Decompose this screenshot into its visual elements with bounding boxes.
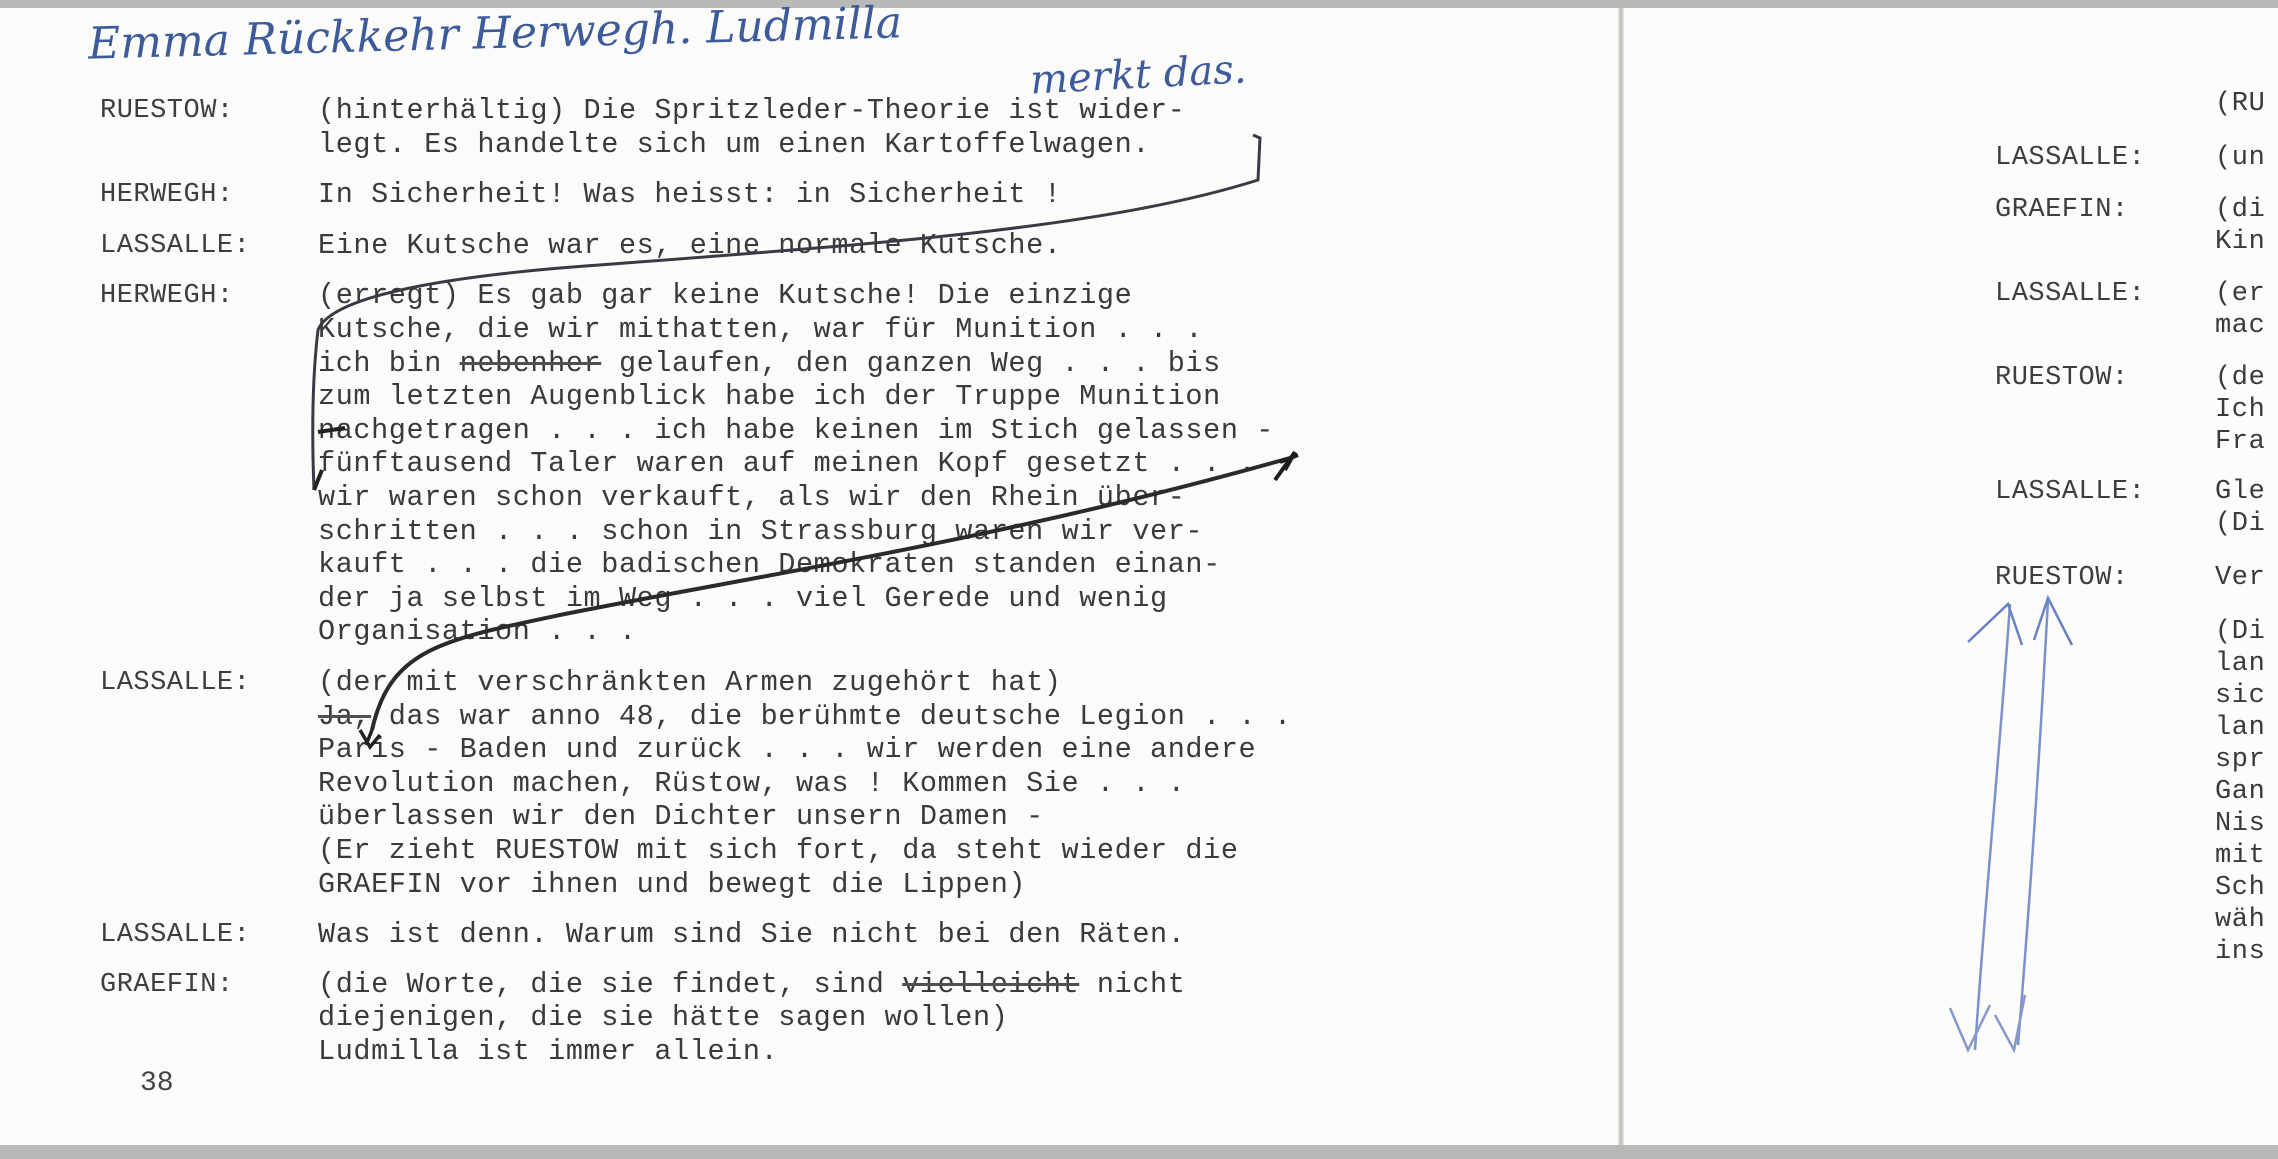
speaker-label: GRAEFIN: (1995, 194, 2129, 226)
speaker-label: LASSALLE: (1995, 476, 2145, 508)
dialogue-line: Paris - Baden und zurück . . . wir werde… (318, 734, 1256, 766)
dialogue-line: (hinterhältig) Die Spritzleder-Theorie i… (318, 95, 1185, 127)
speaker-label: HERWEGH: (100, 179, 234, 211)
dialogue-line: schritten . . . schon in Strassburg ware… (318, 516, 1203, 548)
dialogue-line: Gan (2215, 776, 2265, 808)
speaker-label: GRAEFIN: (100, 969, 234, 1001)
dialogue-line: ins (2215, 936, 2265, 968)
dialogue-line: Organisation . . . (318, 616, 637, 648)
dialogue-line: Ja, das war anno 48, die berühmte deutsc… (318, 701, 1292, 733)
dialogue-line: diejenigen, die sie hätte sagen wollen) (318, 1002, 1008, 1034)
dialogue-line: spr (2215, 744, 2265, 776)
dialogue-line: Was ist denn. Warum sind Sie nicht bei d… (318, 919, 1185, 951)
dialogue-line: (er (2215, 278, 2265, 310)
dialogue-line: Kin (2215, 226, 2265, 258)
dialogue-line: GRAEFIN vor ihnen und bewegt die Lippen) (318, 869, 1026, 901)
dialogue-line: Revolution machen, Rüstow, was ! Kommen … (318, 768, 1185, 800)
speaker-label: LASSALLE: (1995, 142, 2145, 174)
dialogue-line: In Sicherheit! Was heisst: in Sicherheit… (318, 179, 1062, 211)
speaker-label: RUESTOW: (100, 95, 234, 127)
dialogue-line: (die Worte, die sie findet, sind viellei… (318, 969, 1185, 1001)
speaker-label: RUESTOW: (1995, 562, 2129, 594)
page-number: 38 (140, 1068, 174, 1099)
dialogue-line: (Di (2215, 616, 2265, 648)
dialogue-line: mit (2215, 840, 2265, 872)
dialogue-line: (Er zieht RUESTOW mit sich fort, da steh… (318, 835, 1239, 867)
dialogue-line: sic (2215, 680, 2265, 712)
dialogue-line: (un (2215, 142, 2265, 174)
struck-word: Ja, (318, 700, 371, 733)
dialogue-line: (di (2215, 194, 2265, 226)
dialogue-line: Sch (2215, 872, 2265, 904)
dialogue-line: (Di (2215, 508, 2265, 540)
dialogue-line: zum letzten Augenblick habe ich der Trup… (318, 381, 1221, 413)
struck-word: vielleicht (902, 968, 1079, 1001)
dialogue-line: kauft . . . die badischen Demokraten sta… (318, 549, 1221, 581)
dialogue-line: überlassen wir den Dichter unsern Damen … (318, 801, 1044, 833)
dialogue-line: legt. Es handelte sich um einen Kartoffe… (318, 129, 1150, 161)
dialogue-line: wir waren schon verkauft, als wir den Rh… (318, 482, 1185, 514)
dialogue-line: (der mit verschränkten Armen zugehört ha… (318, 667, 1062, 699)
dialogue-line: nachgetragen . . . ich habe keinen im St… (318, 415, 1274, 447)
speaker-label: LASSALLE: (100, 230, 250, 262)
dialogue-line: (de (2215, 362, 2265, 394)
dialogue-line: Kutsche, die wir mithatten, war für Muni… (318, 314, 1203, 346)
dialogue-line: Nis (2215, 808, 2265, 840)
speaker-label: HERWEGH: (100, 280, 234, 312)
dialogue-line: fünftausend Taler waren auf meinen Kopf … (318, 448, 1256, 480)
dialogue-line: Fra (2215, 426, 2265, 458)
dialogue-line: (RU (2215, 88, 2265, 120)
dialogue-line: Ver (2215, 562, 2265, 594)
dialogue-line: mac (2215, 310, 2265, 342)
speaker-label: LASSALLE: (1995, 278, 2145, 310)
right-page (1624, 8, 2278, 1145)
dialogue-line: (erregt) Es gab gar keine Kutsche! Die e… (318, 280, 1132, 312)
speaker-label: LASSALLE: (100, 667, 250, 699)
book-gutter (1618, 8, 1624, 1145)
dialogue-line: Eine Kutsche war es, eine normale Kutsch… (318, 230, 1062, 262)
dialogue-line: lan (2215, 712, 2265, 744)
dialogue-line: ich bin nebenher gelaufen, den ganzen We… (318, 348, 1221, 380)
dialogue-line: Ich (2215, 394, 2265, 426)
dialogue-line: Gle (2215, 476, 2265, 508)
struck-word: nebenher (460, 347, 602, 380)
speaker-label: RUESTOW: (1995, 362, 2129, 394)
dialogue-line: Ludmilla ist immer allein. (318, 1036, 778, 1068)
speaker-label: LASSALLE: (100, 919, 250, 951)
dialogue-line: der ja selbst im Weg . . . viel Gerede u… (318, 583, 1168, 615)
dialogue-line: lan (2215, 648, 2265, 680)
dialogue-line: wäh (2215, 904, 2265, 936)
